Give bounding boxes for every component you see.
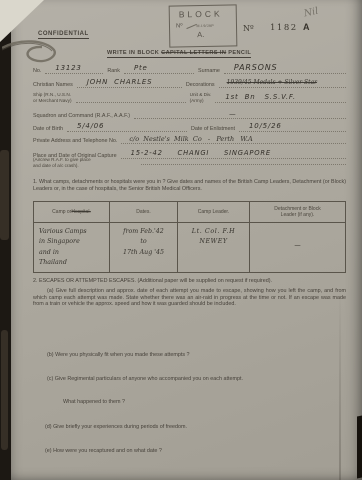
row-no-rank-surname: No. 13123 Rank Pte Surname PARSONS [33,63,346,74]
rank-field-value: Pte [124,65,148,73]
address-field-label: Private Address and Telephone No. [33,138,117,144]
block-number-stamp: BLOCK Nº M.I.9/JAP A. [169,4,238,47]
decorations-label: Decorations [186,82,215,88]
question-c2-text: What happened to them ? [63,399,125,405]
table-cell-detachment: — [250,223,345,272]
question-c-text: (c) Give Regimental particulars of anyon… [47,376,243,382]
table-header-camp: Camp or Hospital. [34,202,110,223]
stamp-series-text: A. [197,29,236,39]
section-2-title: 2. ESCAPES OR ATTEMPTED ESCAPES. (Additi… [33,278,346,285]
rank-field-label: Rank [107,68,120,74]
squadron-field-value: — [134,111,236,119]
page-edge-highlight [0,150,9,240]
instruction-post: PENCIL [226,50,251,56]
serial-no-value: 1182 [270,23,298,33]
rank-field-line: Pte [124,62,194,74]
unit-field-value: 1st Bn S.S.V.F. [215,94,296,102]
table-cell-dates: from Feb.'42 to 17th Aug '45 [110,223,178,272]
unit-field-line: 1st Bn S.S.V.F. [215,89,346,103]
twine-string [2,34,74,70]
squadron-field-label: Squadron and Command (R.A.F., A.A.F.) [33,113,130,119]
unit-field-label: Unit & Div.(Army) [190,92,212,103]
instruction-pre: WRITE IN BLOCK [107,50,161,56]
serial-no-label: Nº [243,24,254,33]
enlistment-field-value: 10/5/26 [239,123,282,131]
capture-field-value: 15-2-42 CHANGI SINGAPORE [121,150,271,158]
shadow-sliver [357,416,362,479]
row-birth-enlistment: Date of Birth 5/4/06 Date of Enlistment … [33,121,346,132]
page-edge-highlight [1,330,8,450]
row-names-decorations: Christian Names JOHN CHARLES Decorations… [33,77,346,88]
nil-annotation: Nil [303,6,319,20]
surname-field-value: PARSONS [224,64,278,73]
camps-table: Camp or Hospital. Dates. Camp Leader. De… [33,201,346,273]
stamp-org-text: M.I.9/JAP [196,24,213,28]
surname-field-label: Surname [198,68,220,74]
row-ship-unit: Ship (R.N., U.S.N.or Merchant Navy) Unit… [33,90,346,103]
row-squadron: Squadron and Command (R.A.F., A.A.F.) — [33,108,346,119]
pencil-mark [184,18,197,29]
dob-field-line: 5/4/06 [67,120,187,132]
form-page: CONFIDENTIAL BLOCK Nº M.I.9/JAP A. Nº 11… [11,0,362,480]
fold-crease [339,290,341,480]
stamp-no-text: Nº [176,23,183,29]
question-d-text: (d) Give briefly your experiences during… [45,424,187,430]
dob-field-value: 5/4/06 [67,123,104,131]
stamp-block-text: BLOCK [179,8,236,19]
scanned-document-photo: CONFIDENTIAL BLOCK Nº M.I.9/JAP A. Nº 11… [0,0,362,480]
row-address: Private Address and Telephone No. c/o Ne… [33,133,346,144]
address-field-line: c/o Nestle's Milk Co - Perth W.A [121,132,346,144]
question-a-text: (a) Give full description and approx. da… [33,288,346,308]
ship-field-line [76,89,186,103]
capture-extra-line [141,158,346,165]
christian-names-line: JOHN CHARLES [77,76,182,88]
address-field-value: c/o Nestle's Milk Co - Perth W.A [121,136,252,144]
surname-field-line: PARSONS [224,62,346,74]
table-header-leader: Camp Leader. [178,202,250,223]
question-e-text: (e) How were you recaptured and on what … [45,448,162,454]
table-cell-leader: Lt. Col. F.H NEWEY [178,223,250,272]
table-header-dates: Dates. [110,202,178,223]
enlistment-field-line: 10/5/26 [239,120,346,132]
table-cell-camp: Various Camps in Singapore and in Thaila… [34,223,110,272]
decorations-value: 1939/45 Medals + Silver Star [219,80,317,87]
ship-field-label: Ship (R.N., U.S.N.or Merchant Navy) [33,92,72,103]
instruction-line: WRITE IN BLOCK CAPITAL LETTERS IN PENCIL [107,50,251,58]
dob-field-label: Date of Birth [33,126,63,132]
decorations-line: 1939/45 Medals + Silver Star [219,76,346,88]
table-header-detachment: Detachment or Block Leader (if any). [250,202,345,223]
christian-names-value: JOHN CHARLES [77,79,153,87]
squadron-field-line: — [134,107,346,119]
christian-names-label: Christian Names [33,82,73,88]
instruction-struck: CAPITAL LETTERS IN [161,50,226,56]
capture-sub-label: (Aircrew R.A.F. to give placeand date of… [33,157,91,168]
serial-series-letter: A [303,22,310,32]
question-1-text: 1. What camps, detachments or hospitals … [33,179,346,192]
question-b-text: (b) Were you physically fit when you mad… [47,352,190,358]
